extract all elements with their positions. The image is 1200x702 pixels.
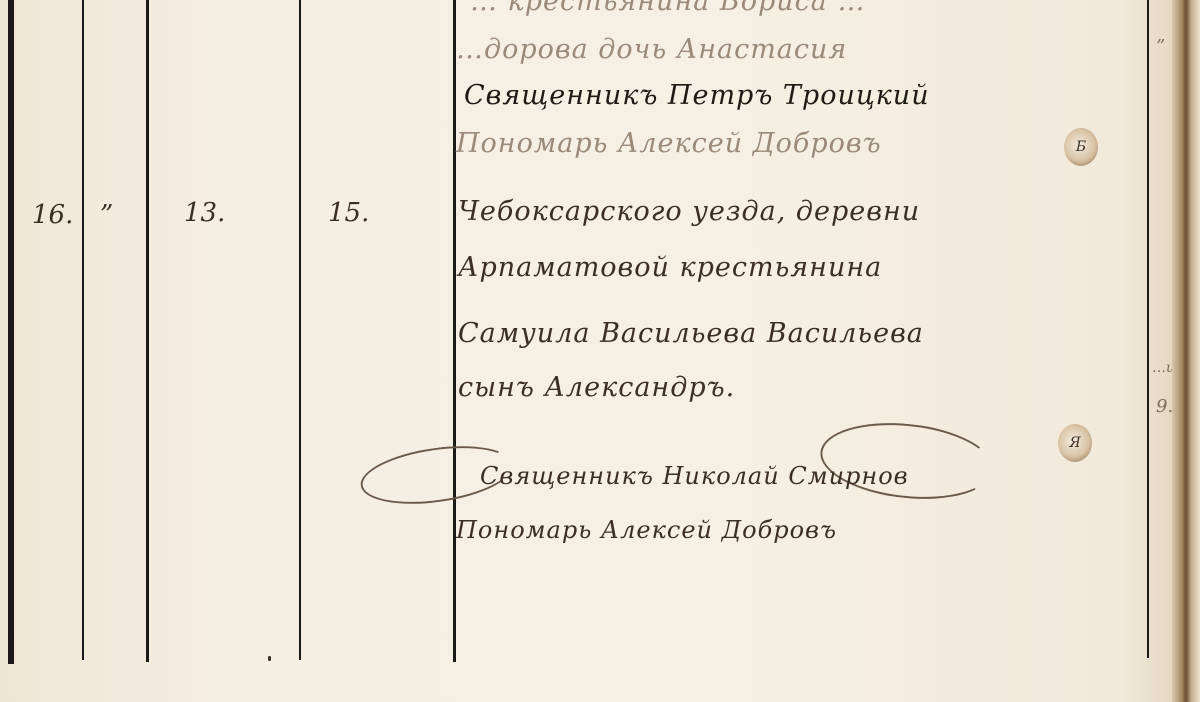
birth-day: 13. <box>184 198 225 228</box>
prev-entry-line: …дорова дочь Анастасия <box>456 34 847 65</box>
prev-entry-priest-signature: Священникъ Петръ Троицкий <box>464 80 930 111</box>
entry-number: 16. <box>32 200 73 230</box>
prev-entry-line: … крестьянина Бориса … <box>470 0 865 17</box>
seal-mark: Б <box>1064 128 1098 166</box>
column-rule <box>146 0 149 662</box>
column-rule <box>1147 0 1149 658</box>
entry-line: Арпаматовой крестьянина <box>458 252 882 283</box>
ink-dot <box>268 656 271 661</box>
column-rule <box>299 0 301 660</box>
seal-mark: Я <box>1058 424 1092 462</box>
margin-note: 9. <box>1156 396 1173 417</box>
book-gutter <box>1172 0 1200 702</box>
signature-flourish <box>817 415 998 507</box>
register-page: … крестьянина Бориса … …дорова дочь Анас… <box>0 0 1182 702</box>
priest-signature: Священникъ Николай Смирнов <box>480 462 909 490</box>
column-rule <box>82 0 84 660</box>
baptism-day: 15. <box>328 198 369 228</box>
prev-entry-sexton-signature: Пономарь Алексей Добровъ <box>456 128 882 159</box>
sexton-signature: Пономарь Алексей Добровъ <box>456 516 837 544</box>
margin-ditto: ” <box>1156 36 1165 57</box>
column-rule <box>8 0 14 664</box>
entry-line: Самуила Васильева Васильева <box>458 318 924 349</box>
entry-line: Чебоксарского уезда, деревни <box>458 196 920 227</box>
entry-line: сынъ Александръ. <box>458 372 735 403</box>
ditto-mark: ” <box>100 200 113 230</box>
column-rule <box>453 0 456 662</box>
